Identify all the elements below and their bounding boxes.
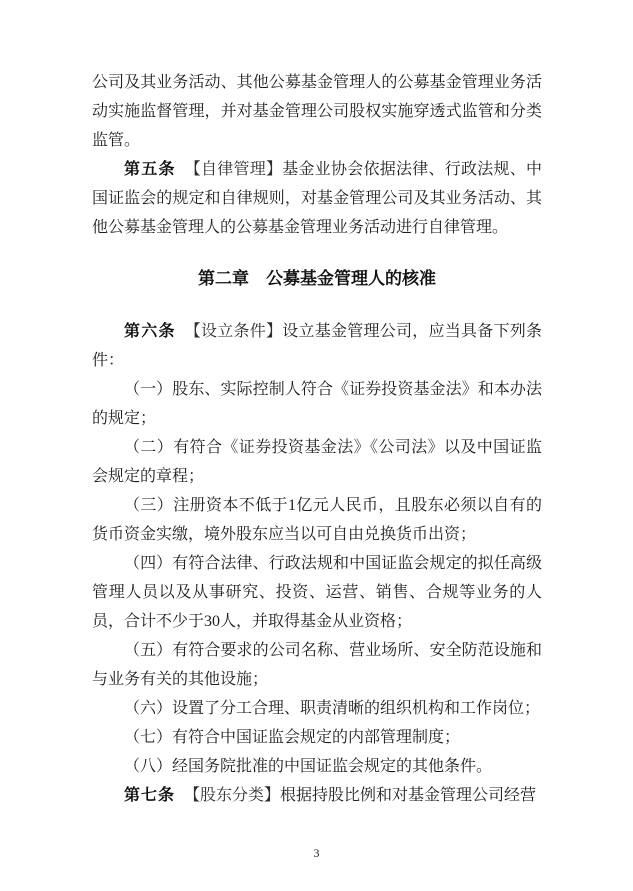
body-paragraph: （六）设置了分工合理、职责清晰的组织机构和工作岗位； xyxy=(92,694,542,723)
paragraph-text: （六）设置了分工合理、职责清晰的组织机构和工作岗位； xyxy=(124,700,540,717)
article-number: 第七条 xyxy=(124,787,175,804)
paragraph-text: （二）有符合《证券投资基金法》《公司法》以及中国证监会规定的章程； xyxy=(92,439,542,485)
body-paragraph: （八）经国务院批准的中国证监会规定的其他条件。 xyxy=(92,752,542,781)
paragraph-text: （四）有符合法律、行政法规和中国证监会规定的拟任高级管理人员以及从事研究、投资、… xyxy=(92,555,542,630)
chapter-heading: 第二章 公募基金管理人的核准 xyxy=(92,264,542,293)
body-paragraph: （七）有符合中国证监会规定的内部管理制度； xyxy=(92,723,542,752)
body-paragraph: （二）有符合《证券投资基金法》《公司法》以及中国证监会规定的章程； xyxy=(92,433,542,491)
paragraph-text: （八）经国务院批准的中国证监会规定的其他条件。 xyxy=(124,758,492,775)
article-paragraph: 第五条【自律管理】基金业协会依据法律、行政法规、中国证监会的规定和自律规则，对基… xyxy=(92,155,542,242)
article-number: 第五条 xyxy=(124,161,176,178)
paragraph-text: 根据持股比例和对基金管理公司经营 xyxy=(280,787,536,804)
paragraph-text: 公司及其业务活动、其他公募基金管理人的公募基金管理业务活动实施监督管理，并对基金… xyxy=(92,74,542,149)
paragraph-text: （一）股东、实际控制人符合《证券投资基金法》和本办法的规定； xyxy=(92,381,542,427)
body-paragraph: （一）股东、实际控制人符合《证券投资基金法》和本办法的规定； xyxy=(92,375,542,433)
article-number: 第六条 xyxy=(124,323,176,340)
paragraph-text: （七）有符合中国证监会规定的内部管理制度； xyxy=(124,729,460,746)
document-content: 公司及其业务活动、其他公募基金管理人的公募基金管理业务活动实施监督管理，并对基金… xyxy=(92,68,542,810)
body-paragraph: （四）有符合法律、行政法规和中国证监会规定的拟任高级管理人员以及从事研究、投资、… xyxy=(92,549,542,636)
page-number: 3 xyxy=(0,845,633,861)
paragraph-text: （五）有符合要求的公司名称、营业场所、安全防范设施和与业务有关的其他设施； xyxy=(92,642,542,688)
body-paragraph: （三）注册资本不低于1亿元人民币，且股东必须以自有的货币资金实缴，境外股东应当以… xyxy=(92,491,542,549)
article-paragraph: 第七条【股东分类】根据持股比例和对基金管理公司经营 xyxy=(92,781,542,810)
article-paragraph: 第六条【设立条件】设立基金管理公司，应当具备下列条件： xyxy=(92,317,542,375)
document-page: 公司及其业务活动、其他公募基金管理人的公募基金管理业务活动实施监督管理，并对基金… xyxy=(0,0,633,891)
paragraph-text: （三）注册资本不低于1亿元人民币，且股东必须以自有的货币资金实缴，境外股东应当以… xyxy=(92,497,542,543)
body-paragraph: （五）有符合要求的公司名称、营业场所、安全防范设施和与业务有关的其他设施； xyxy=(92,636,542,694)
article-bracket-label: 【设立条件】 xyxy=(185,323,283,340)
body-paragraph: 公司及其业务活动、其他公募基金管理人的公募基金管理业务活动实施监督管理，并对基金… xyxy=(92,68,542,155)
article-bracket-label: 【自律管理】 xyxy=(185,161,283,178)
article-bracket-label: 【股东分类】 xyxy=(184,787,280,804)
